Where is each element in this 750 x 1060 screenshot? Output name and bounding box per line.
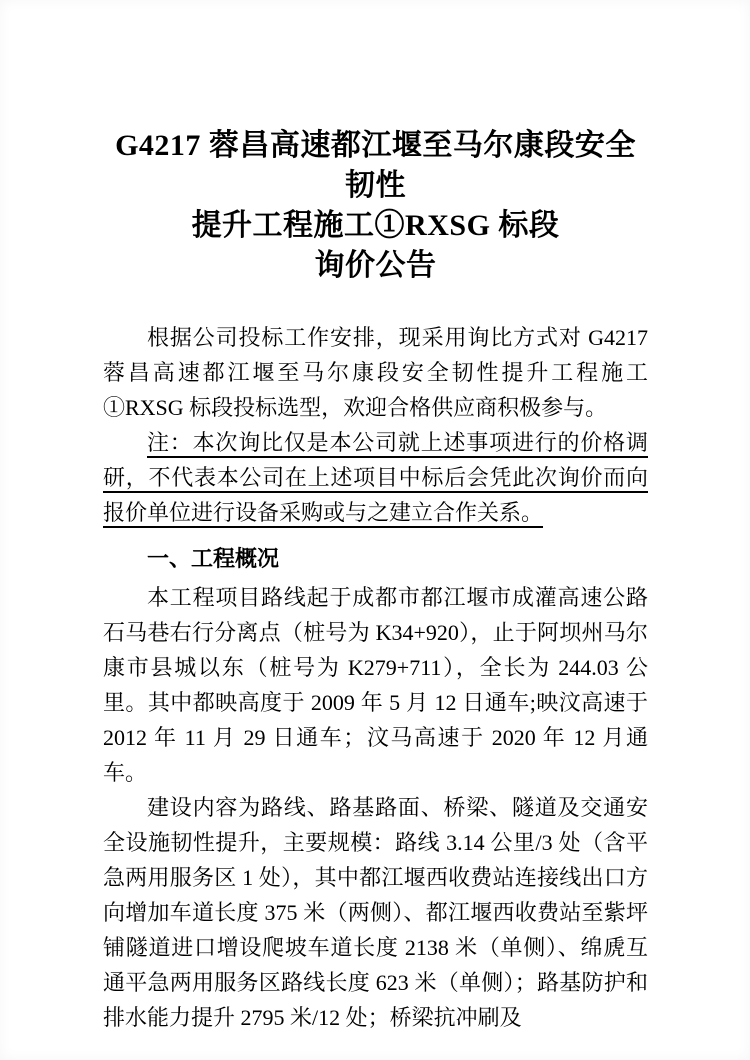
title-line-1: G4217 蓉昌高速都江堰至马尔康段安全韧性	[103, 126, 648, 206]
section-heading-project-overview: 一、工程概况	[103, 541, 648, 576]
title-line-2: 提升工程施工①RXSG 标段	[103, 206, 648, 246]
intro-paragraph: 根据公司投标工作安排，现采用询比方式对 G4217 蓉昌高速都江堰至马尔康段安全…	[103, 320, 648, 425]
document-page: G4217 蓉昌高速都江堰至马尔康段安全韧性 提升工程施工①RXSG 标段 询价…	[0, 0, 750, 1060]
document-title: G4217 蓉昌高速都江堰至马尔康段安全韧性 提升工程施工①RXSG 标段 询价…	[103, 126, 648, 286]
title-line-3: 询价公告	[103, 246, 648, 286]
construction-scope-paragraph: 建设内容为路线、路基路面、桥梁、隧道及交通安全设施韧性提升，主要规模：路线 3.…	[103, 790, 648, 1035]
project-overview-paragraph: 本工程项目路线起于成都市都江堰市成灌高速公路石马巷右行分离点（桩号为 K34+9…	[103, 580, 648, 790]
note-paragraph: 注：本次询比仅是本公司就上述事项进行的价格调研，不代表本公司在上述项目中标后会凭…	[103, 425, 648, 530]
